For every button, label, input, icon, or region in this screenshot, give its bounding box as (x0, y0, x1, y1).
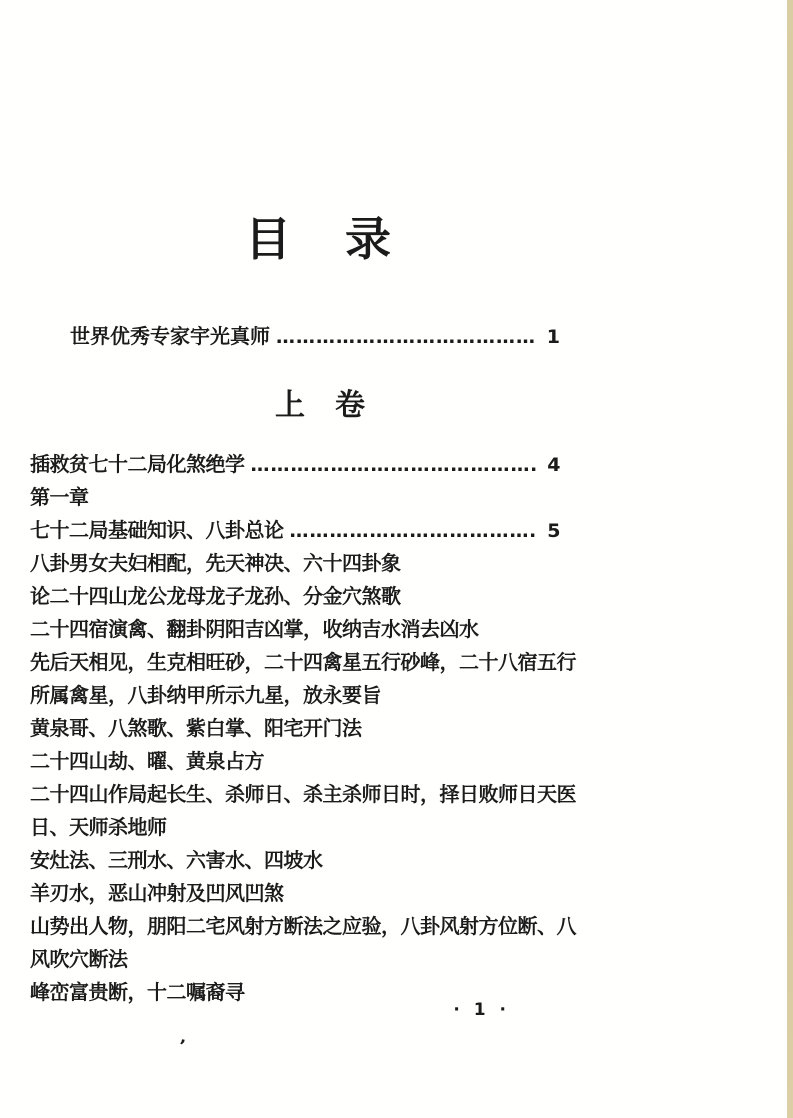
toc-entry: 二十四宿演禽、翻卦阴阳吉凶掌，收纳吉水消去凶水 (30, 613, 560, 646)
toc-entry-text: 山势出人物，朋阳二宅风射方断法之应验，八卦风射方位断、八 (30, 910, 576, 939)
toc-entry-text: 第一章 (30, 481, 89, 510)
toc-entry-text: 世界优秀专家宇光真师 (70, 320, 270, 349)
toc-entry: 黄泉哥、八煞歌、紫白掌、阳宅开门法 (30, 712, 560, 745)
toc-entry: 日、天师杀地师 (30, 811, 560, 844)
toc-entry: 八卦男女夫妇相配，先天神决、六十四卦象 (30, 547, 560, 580)
toc-entry-text: 日、天师杀地师 (30, 811, 167, 840)
toc-entry-text: 羊刃水，恶山冲射及凹风凹煞 (30, 877, 284, 906)
toc-entry-text: 八卦男女夫妇相配，先天神决、六十四卦象 (30, 547, 401, 576)
toc-leader-dots: ……………………………………………………………………………… (290, 520, 537, 542)
toc-entry-text: 先后天相见，生克相旺砂，二十四禽星五行砂峰，二十八宿五行 (30, 646, 576, 675)
toc-page-number: 4 (542, 454, 560, 476)
toc-entry-text: 插救贫七十二局化煞绝学 (30, 448, 245, 477)
toc-entry: 二十四山劫、曜、黄泉占方 (30, 745, 560, 778)
toc-entry: 风吹穴断法 (30, 943, 560, 976)
toc-entry: 山势出人物，朋阳二宅风射方断法之应验，八卦风射方位断、八 (30, 910, 560, 943)
toc-entry: 七十二局基础知识、八卦总论 ……………………………………………………………………… (30, 514, 560, 547)
toc-entry-text: 安灶法、三刑水、六害水、四坡水 (30, 844, 323, 873)
toc-entry: 世界优秀专家宇光真师 ……………………………………………………………………………… (70, 320, 560, 349)
toc-entry: 安灶法、三刑水、六害水、四坡水 (30, 844, 560, 877)
toc-leader-dots: ……………………………………………………………………………… (251, 454, 537, 476)
footer-page-number: · 1 · (30, 1000, 510, 1020)
toc-entry-text: 二十四山劫、曜、黄泉占方 (30, 745, 264, 774)
toc-entry-text: 所属禽星，八卦纳甲所示九星，放永要旨 (30, 679, 381, 708)
toc-entry-list: 插救贫七十二局化煞绝学 …………………………………………………………………………… (30, 448, 560, 1009)
section-heading: 上 卷 (0, 380, 640, 424)
scanned-book-page: 目 录 世界优秀专家宇光真师 …………………………………………………………………… (0, 0, 793, 1118)
scan-artifact-mark: ’ (177, 1036, 187, 1056)
toc-leader-dots: ……………………………………………………………………………… (276, 326, 536, 348)
toc-entry-text: 论二十四山龙公龙母龙子龙孙、分金穴煞歌 (30, 580, 401, 609)
page-title: 目 录 (0, 203, 640, 269)
toc-entry: 第一章 (30, 481, 560, 514)
toc-entry: 二十四山作局起长生、杀师日、杀主杀师日时，择日败师日天医 (30, 778, 560, 811)
page-edge-strip (787, 0, 793, 1118)
toc-entry: 羊刃水，恶山冲射及凹风凹煞 (30, 877, 560, 910)
toc-entry: 所属禽星，八卦纳甲所示九星，放永要旨 (30, 679, 560, 712)
toc-entry-text: 七十二局基础知识、八卦总论 (30, 514, 284, 543)
toc-entry: 先后天相见，生克相旺砂，二十四禽星五行砂峰，二十八宿五行 (30, 646, 560, 679)
toc-entry-text: 二十四山作局起长生、杀师日、杀主杀师日时，择日败师日天医 (30, 778, 576, 807)
toc-entry-text: 风吹穴断法 (30, 943, 128, 972)
toc-page-number: 1 (542, 326, 560, 348)
toc-entry: 论二十四山龙公龙母龙子龙孙、分金穴煞歌 (30, 580, 560, 613)
toc-entry-text: 黄泉哥、八煞歌、紫白掌、阳宅开门法 (30, 712, 362, 741)
toc-page-number: 5 (542, 520, 560, 542)
toc-entry: 插救贫七十二局化煞绝学 …………………………………………………………………………… (30, 448, 560, 481)
toc-entry-text: 二十四宿演禽、翻卦阴阳吉凶掌，收纳吉水消去凶水 (30, 613, 479, 642)
